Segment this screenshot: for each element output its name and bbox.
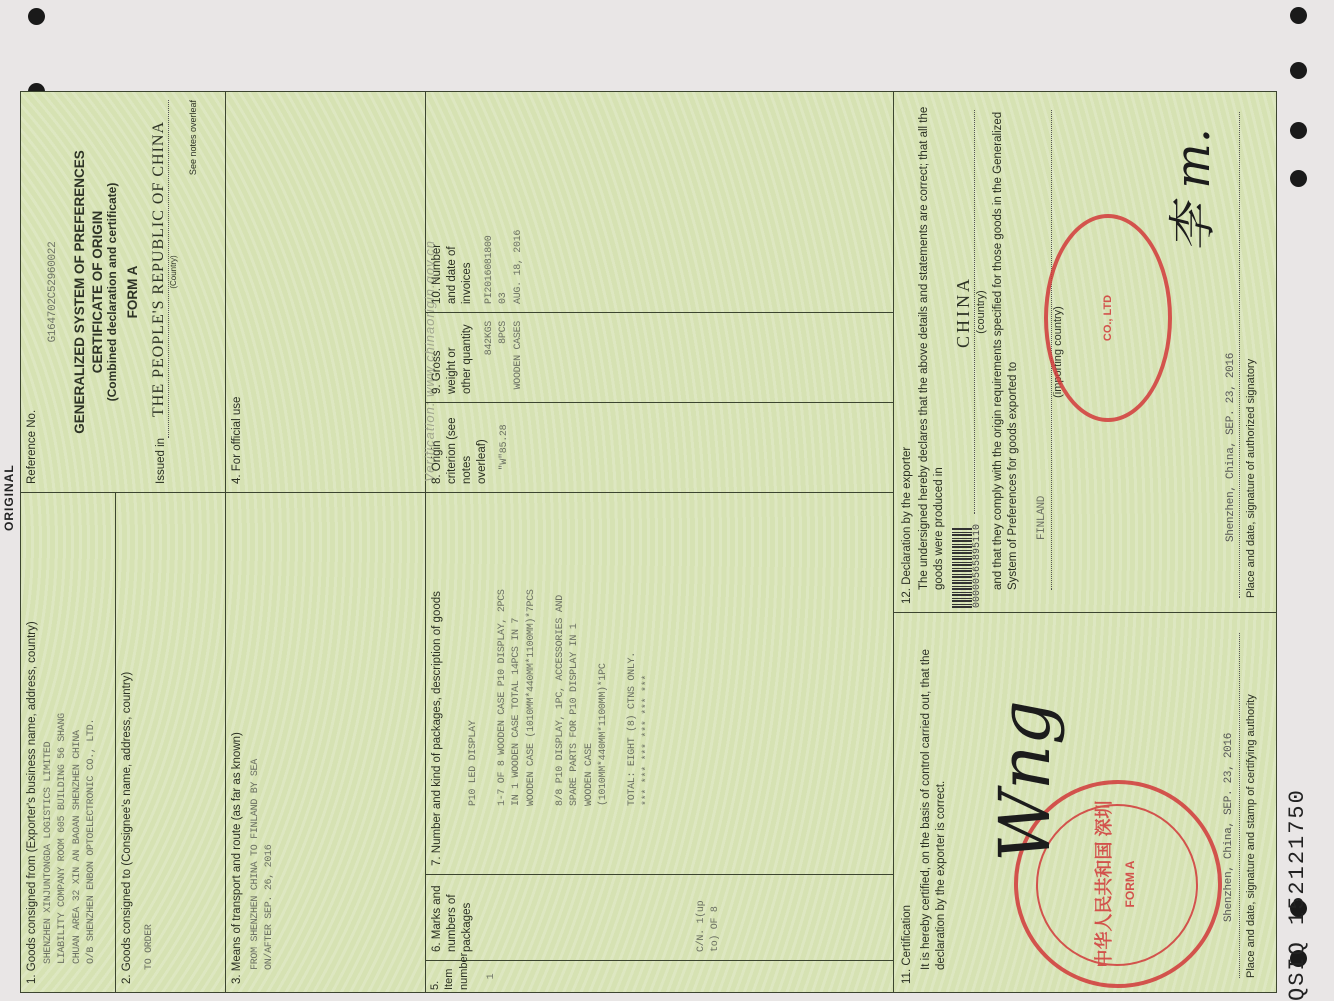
text-line: *** *** *** *** *** *** xyxy=(641,501,656,806)
reference-number: G164702C52960022 xyxy=(46,100,62,484)
text-line: AUG. 18, 2016 xyxy=(512,100,527,304)
declaration-text: The undersigned hereby declares that the… xyxy=(917,100,947,590)
country-value: CHINA xyxy=(953,110,975,514)
original-label: ORIGINAL xyxy=(2,464,16,531)
consignee-value: TO ORDER xyxy=(143,501,158,970)
title-subtitle: (Combined declaration and certificate) xyxy=(105,100,119,484)
issued-in-row: Issued in THE PEOPLE'S REPUBLIC OF CHINA xyxy=(150,100,169,484)
country-caption: (Country) xyxy=(169,100,178,444)
text-line: (1010MM*440MM*1100MM)*1PC xyxy=(597,501,612,806)
official-use-label: 4. For official use xyxy=(230,100,245,484)
item-number-value: 1 xyxy=(485,963,500,990)
declaration-place-date: Shenzhen, China, SEP. 23, 2016 xyxy=(1224,353,1240,542)
form-serial-number: QSIQ 152121750 xyxy=(1285,788,1310,1001)
box-consignee: 2. Goods consigned to (Consignee's name,… xyxy=(116,492,226,992)
declaration-label: 12. Declaration by the exporter xyxy=(900,100,915,604)
barcode xyxy=(952,528,972,608)
certification-text: It is hereby certified, on the basis of … xyxy=(919,621,949,970)
header-weight: 9. Gross weight or other quantity 842KGS… xyxy=(426,312,894,402)
weight-value: 842KGS8PCSWOODEN CASES xyxy=(483,321,527,394)
declaration-compliance-text: and that they comply with the origin req… xyxy=(991,100,1021,590)
title-form: FORM A xyxy=(125,100,140,484)
marks-value: C/N. 1(up to) OF 8 xyxy=(695,883,724,952)
certificate-sheet: ORIGINAL 1. Goods consigned from (Export… xyxy=(0,0,1334,1001)
exporter-company-stamp: CO., LTD xyxy=(1044,214,1172,422)
text-line: TOTAL: EIGHT (8) CTNS ONLY. xyxy=(626,501,641,806)
box-official-use: 4. For official use Verification: www.ch… xyxy=(226,92,426,492)
text-line: SHENZHEN XINJUNTONGDA LOGISTICS LIMITED xyxy=(42,501,57,964)
box-transport: 3. Means of transport and route (as far … xyxy=(226,492,426,992)
certification-label: 11. Certification xyxy=(900,621,915,984)
barcode-number: 00000565895110 xyxy=(972,524,983,608)
country-caption: (country) xyxy=(975,100,987,524)
text-line: WOODEN CASE xyxy=(583,501,598,806)
consignee-label: 2. Goods consigned to (Consignee's name,… xyxy=(120,501,135,984)
see-notes: See notes overleaf xyxy=(188,100,198,484)
text-line xyxy=(481,501,496,806)
header-description: 7. Number and kind of packages, descript… xyxy=(426,492,894,874)
origin-value: "W"85.28 xyxy=(498,411,513,484)
description-value: P10 LED DISPLAY 1-7 OF 8 WOODEN CASE P10… xyxy=(467,501,656,806)
issued-in-label: Issued in xyxy=(154,438,169,484)
text-line: SPARE PARTS FOR P10 DISPLAY IN 1 xyxy=(568,501,583,806)
text-line: IN 1 WOODEN CASE TOTAL 14PCS IN 7 xyxy=(510,501,525,806)
text-line xyxy=(539,501,554,806)
invoice-value: PI201608180003AUG. 18, 2016 xyxy=(483,100,527,304)
box-reference: Reference No. G164702C52960022 GENERALIZ… xyxy=(21,92,226,492)
header-marks: 6. Marks and numbers of packages C/N. 1(… xyxy=(426,874,894,960)
text-line: 1-7 OF 8 WOODEN CASE P10 DISPLAY, 2PCS xyxy=(496,501,511,806)
reference-label: Reference No. xyxy=(25,100,40,484)
transport-label: 3. Means of transport and route (as far … xyxy=(230,501,245,984)
text-line: P10 LED DISPLAY xyxy=(467,501,482,806)
exporter-label: 1. Goods consigned from (Exporter's busi… xyxy=(25,501,40,984)
form-a-certificate: 1. Goods consigned from (Exporter's busi… xyxy=(20,91,1277,993)
box-declaration: 12. Declaration by the exporter The unde… xyxy=(894,92,1276,612)
box-certification: 11. Certification It is hereby certified… xyxy=(894,612,1276,992)
text-line: PI2016081800 xyxy=(483,100,498,304)
header-item-number: 5. Item number 1 xyxy=(426,960,894,992)
text-line: ON/AFTER SEP. 26, 2016 xyxy=(263,501,278,970)
text-line xyxy=(612,501,627,806)
issued-in-value: THE PEOPLE'S REPUBLIC OF CHINA xyxy=(150,100,169,438)
exporter-value: SHENZHEN XINJUNTONGDA LOGISTICS LIMITEDL… xyxy=(42,501,100,964)
exporter-signature: 李 m. xyxy=(1154,128,1223,252)
declaration-caption: Place and date, signature of authorized … xyxy=(1244,359,1258,598)
text-line: LIABILITY COMPANY ROOM 605 BUILDING 56 S… xyxy=(56,501,71,964)
text-line: O/B SHENZHEN ENBON OPTOELECTRONIC CO., L… xyxy=(85,501,100,964)
text-line: 8PCS xyxy=(497,321,512,394)
dotted-line xyxy=(1239,633,1240,978)
certification-caption: Place and date, signature and stamp of c… xyxy=(1244,694,1258,978)
header-invoice: 10. Number and date of invoices PI201608… xyxy=(426,92,894,312)
header-origin: 8. Origin criterion (see notes overleaf)… xyxy=(426,402,894,492)
certifier-signature: Wng xyxy=(984,700,1066,862)
title-gsp: GENERALIZED SYSTEM OF PREFERENCES xyxy=(72,100,87,484)
text-line: WOODEN CASES xyxy=(512,321,527,394)
text-line: 842KGS xyxy=(483,321,498,394)
certification-place-date: Shenzhen, China, SEP. 23, 2016 xyxy=(1222,733,1238,922)
title-certificate: CERTIFICATE OF ORIGIN xyxy=(90,100,105,484)
box-exporter: 1. Goods consigned from (Exporter's busi… xyxy=(21,492,116,992)
dotted-line xyxy=(1239,112,1240,598)
text-line: FROM SHENZHEN CHINA TO FINLAND BY SEA xyxy=(249,501,264,970)
text-line: CHUAN AREA 32 XIN AN BAOAN SHENZHEN CHIN… xyxy=(71,501,86,964)
transport-value: FROM SHENZHEN CHINA TO FINLAND BY SEAON/… xyxy=(249,501,278,970)
text-line: 8/8 P10 DISPLAY, 1PC, ACCESSORIES AND xyxy=(554,501,569,806)
text-line: 03 xyxy=(497,100,512,304)
text-line: WOODEN CASE (1010MM*440MM*1100MM)*7PCS xyxy=(525,501,540,806)
